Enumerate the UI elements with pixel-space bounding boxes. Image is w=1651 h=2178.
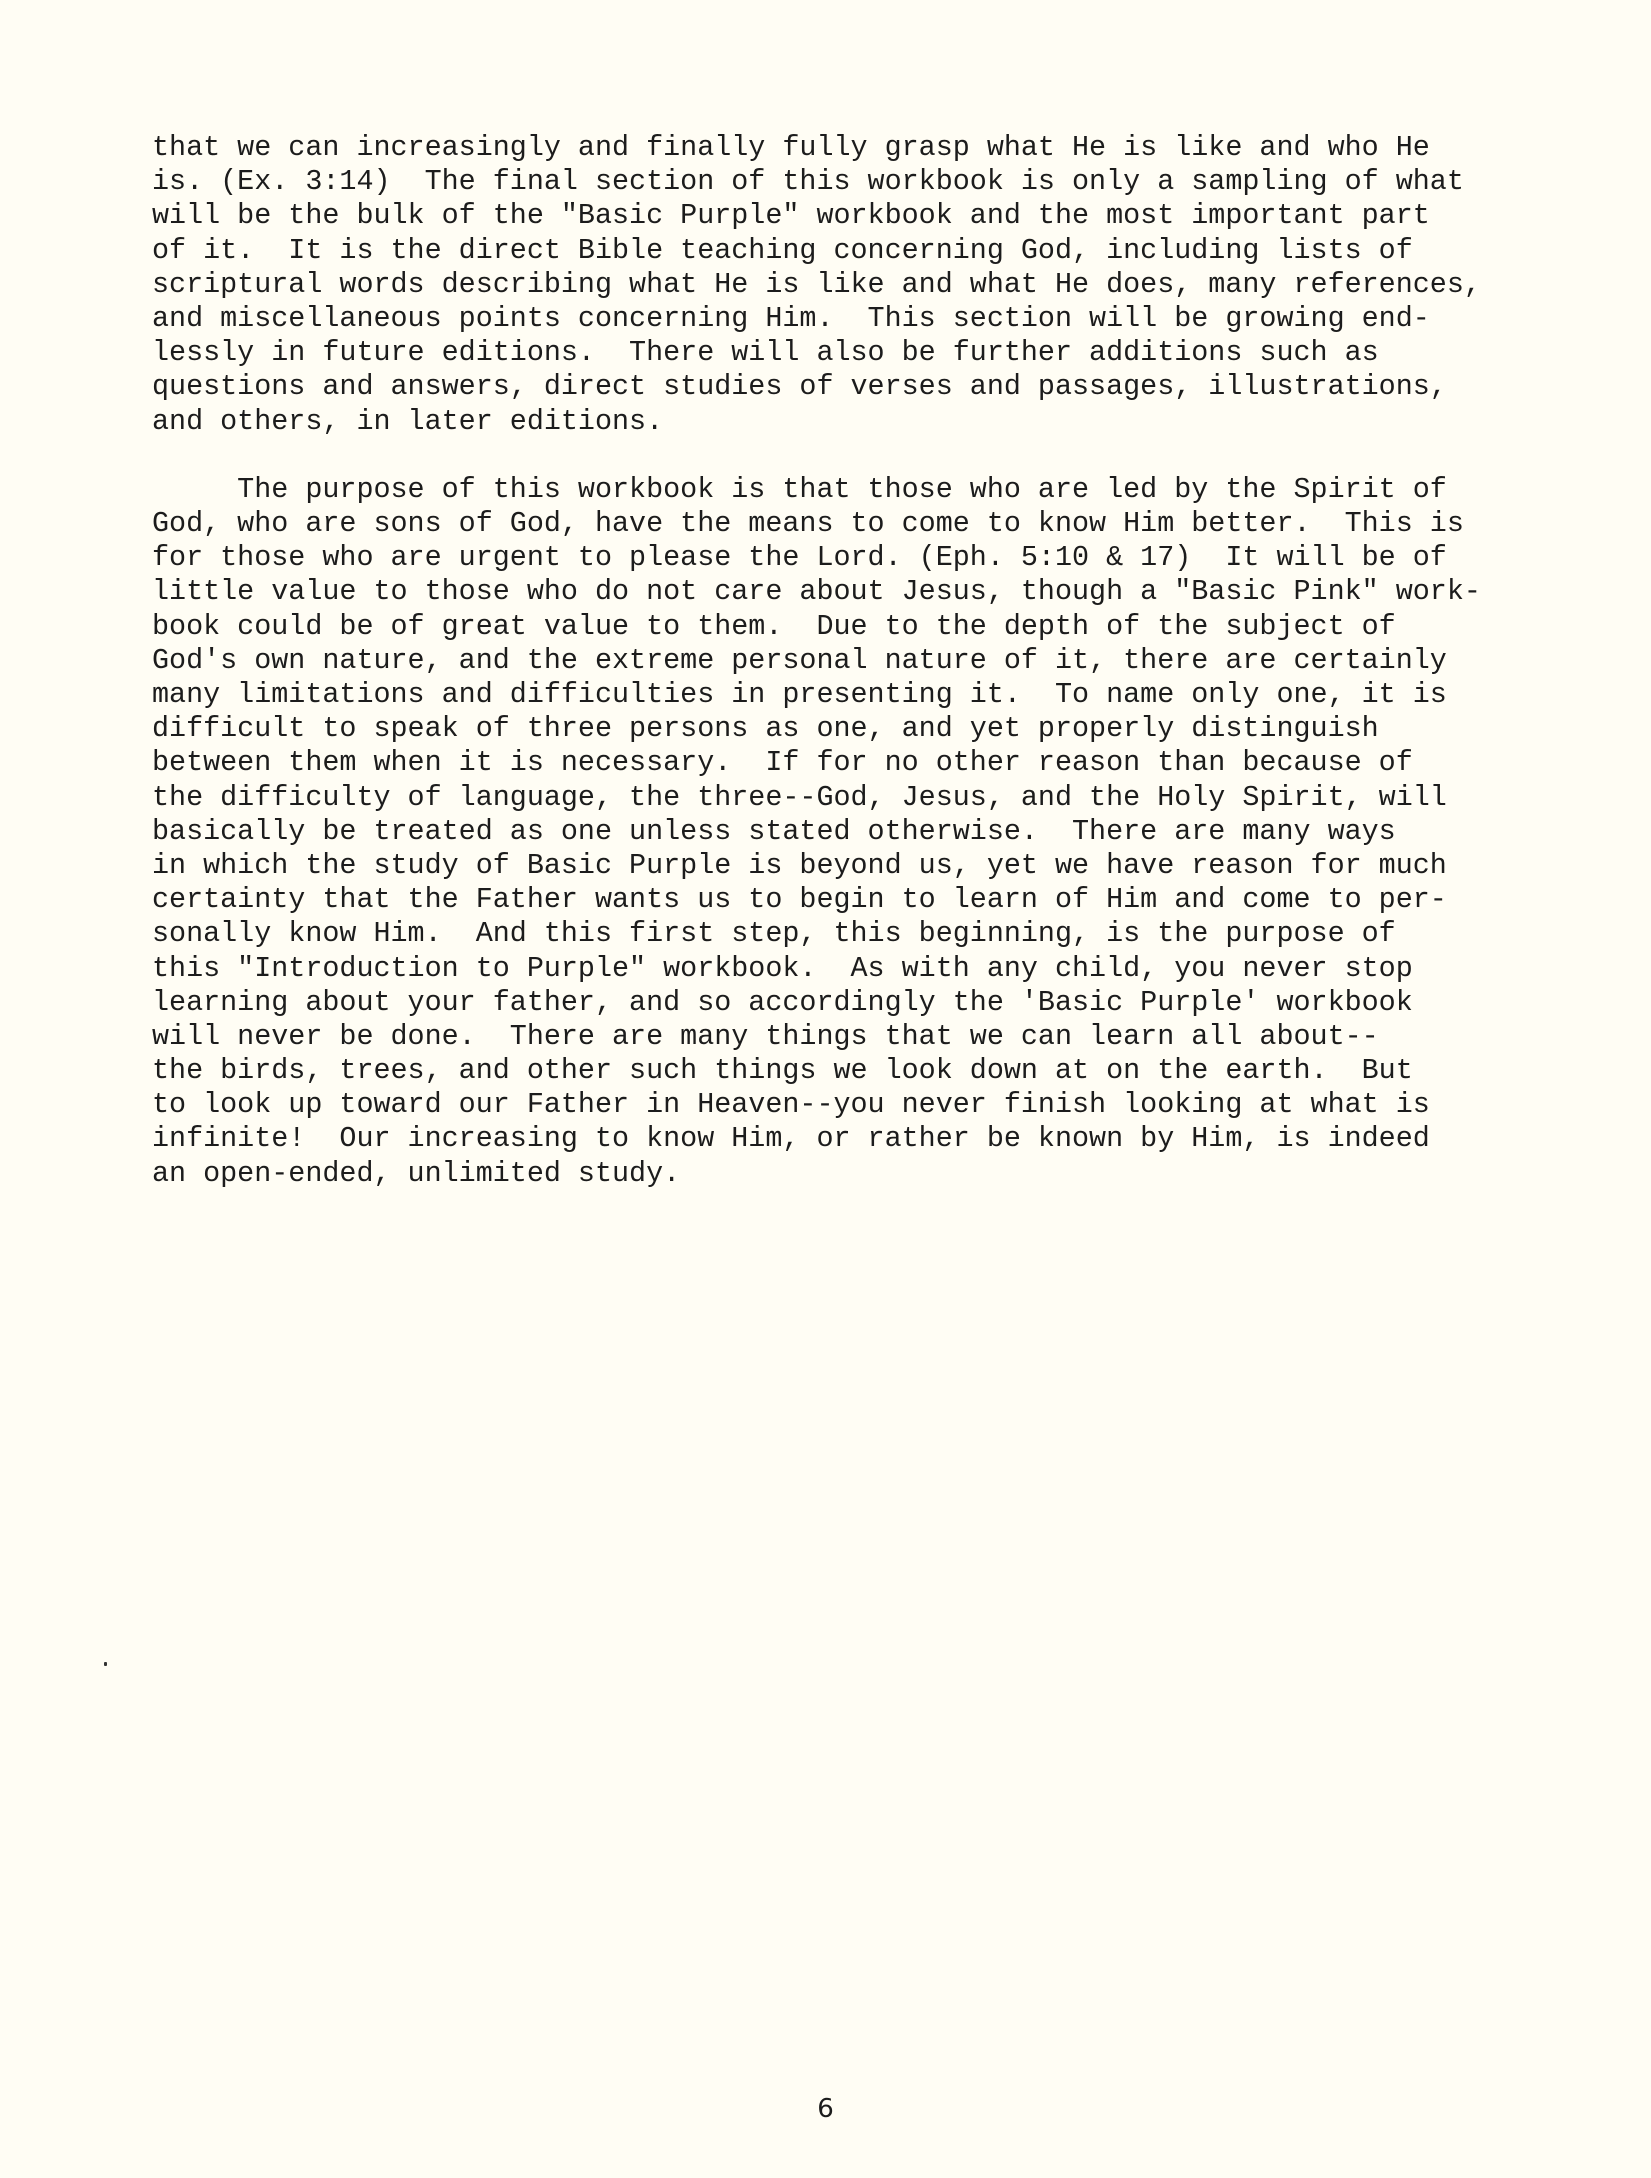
text-line: this "Introduction to Purple" workbook. … (152, 952, 1552, 986)
page-number: 6 (0, 2094, 1651, 2124)
text-line: God, who are sons of God, have the means… (152, 507, 1552, 541)
text-line: infinite! Our increasing to know Him, or… (152, 1122, 1552, 1156)
text-line: and others, in later editions. (152, 405, 1552, 439)
text-line: book could be of great value to them. Du… (152, 610, 1552, 644)
text-line: The purpose of this workbook is that tho… (152, 473, 1552, 507)
text-line: certainty that the Father wants us to be… (152, 883, 1552, 917)
text-line: an open-ended, unlimited study. (152, 1157, 1552, 1191)
text-line: will be the bulk of the "Basic Purple" w… (152, 199, 1552, 233)
text-line: learning about your father, and so accor… (152, 986, 1552, 1020)
text-line: God's own nature, and the extreme person… (152, 644, 1552, 678)
text-line: the birds, trees, and other such things … (152, 1054, 1552, 1088)
text-line: lessly in future editions. There will al… (152, 336, 1552, 370)
document-page: that we can increasingly and finally ful… (0, 0, 1651, 2178)
body-text: that we can increasingly and finally ful… (152, 131, 1552, 1191)
text-line: to look up toward our Father in Heaven--… (152, 1088, 1552, 1122)
text-line: many limitations and difficulties in pre… (152, 678, 1552, 712)
text-line: scriptural words describing what He is l… (152, 268, 1552, 302)
text-line: between them when it is necessary. If fo… (152, 746, 1552, 780)
text-line: basically be treated as one unless state… (152, 815, 1552, 849)
text-line: in which the study of Basic Purple is be… (152, 849, 1552, 883)
text-line: is. (Ex. 3:14) The final section of this… (152, 165, 1552, 199)
text-line: little value to those who do not care ab… (152, 575, 1552, 609)
text-line: and miscellaneous points concerning Him.… (152, 302, 1552, 336)
text-line: the difficulty of language, the three--G… (152, 781, 1552, 815)
text-line: questions and answers, direct studies of… (152, 370, 1552, 404)
text-line: sonally know Him. And this first step, t… (152, 917, 1552, 951)
text-line: difficult to speak of three persons as o… (152, 712, 1552, 746)
paragraph-scope: that we can increasingly and finally ful… (152, 131, 1552, 439)
text-line: for those who are urgent to please the L… (152, 541, 1552, 575)
text-line: that we can increasingly and finally ful… (152, 131, 1552, 165)
text-line: will never be done. There are many thing… (152, 1020, 1552, 1054)
paragraph-purpose: The purpose of this workbook is that tho… (152, 473, 1552, 1191)
scan-speck (104, 1662, 107, 1666)
text-line: of it. It is the direct Bible teaching c… (152, 234, 1552, 268)
